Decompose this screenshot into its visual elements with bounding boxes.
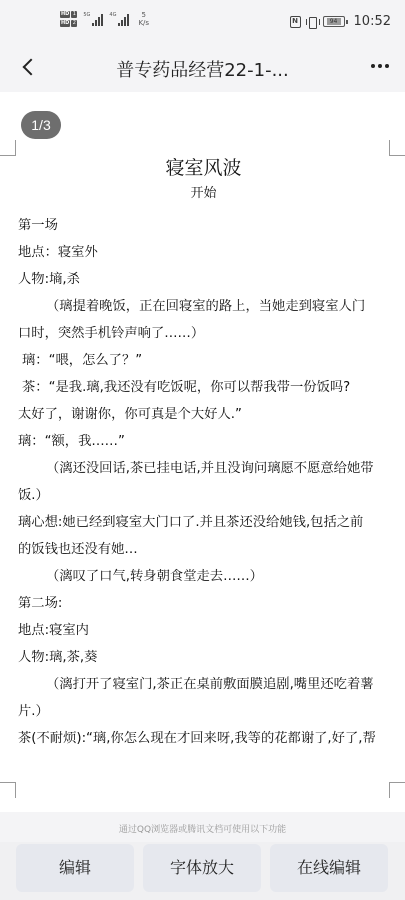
network-speed: 5 K/s <box>138 11 149 27</box>
status-left: HD 1 HD 2 5G 4G 5 K/s <box>60 11 149 27</box>
network-type-2: 4G <box>109 12 116 18</box>
edit-button[interactable]: 编辑 <box>16 844 134 892</box>
status-right: N 94 10:52 <box>290 14 391 29</box>
hd-icon: HD <box>60 20 70 27</box>
doc-line: （漓还没回话,茶已挂电话,并且没询问璃愿不愿意给她带 <box>18 455 389 482</box>
page-corner-mark <box>0 140 16 156</box>
more-dots-icon <box>371 64 375 68</box>
online-edit-button[interactable]: 在线编辑 <box>270 844 388 892</box>
doc-line: 地点:寝室内 <box>18 617 389 644</box>
nav-bar: 普专药品经营22-1-... <box>0 42 405 92</box>
hd-icon: HD <box>60 11 70 18</box>
doc-line: 人物:墒,杀 <box>18 266 389 293</box>
doc-heading: 寝室风波 <box>18 154 389 182</box>
sim-slot-2: 2 <box>71 20 77 27</box>
back-button[interactable] <box>18 55 42 79</box>
doc-line: 的饭钱也还没有她… <box>18 536 389 563</box>
doc-line: 饭.） <box>18 482 389 509</box>
signal-icon-1: 5G <box>83 12 103 26</box>
sim2-indicator: HD 2 <box>60 20 77 27</box>
doc-line: 第一场 <box>18 212 389 239</box>
enlarge-font-button[interactable]: 字体放大 <box>143 844 261 892</box>
page-corner-mark <box>389 140 405 156</box>
doc-line: 第二场: <box>18 590 389 617</box>
document-body: 寝室风波 开始 第一场 地点：寝室外 人物:墒,杀 （璃提着晚饭，正在回寝室的路… <box>18 154 389 752</box>
doc-line: 片.） <box>18 698 389 725</box>
battery-level: 94 <box>327 18 341 25</box>
doc-line: 口时，突然手机铃声响了……） <box>18 320 389 347</box>
network-type-1: 5G <box>83 12 90 18</box>
page-indicator: 1/3 <box>21 111 61 139</box>
page-corner-mark <box>0 782 16 798</box>
sim-slot-1: 1 <box>71 11 77 18</box>
battery-icon: 94 <box>323 16 345 27</box>
document-page[interactable]: 1/3 寝室风波 开始 第一场 地点：寝室外 人物:墒,杀 （璃提着晚饭，正在回… <box>0 92 405 812</box>
signal-icon-2: 4G <box>109 12 129 26</box>
bottom-toolbar: 编辑 字体放大 在线编辑 <box>0 842 405 900</box>
doc-line: 璃：“喂，怎么了？” <box>18 347 389 374</box>
doc-line: 地点：寝室外 <box>18 239 389 266</box>
doc-line: 璃心想:她已经到寝室大门口了.并且茶还没给她钱,包括之前 <box>18 509 389 536</box>
more-button[interactable] <box>371 64 389 68</box>
doc-line: 茶：“是我.璃,我还没有吃饭呢，你可以帮我带一份饭吗? <box>18 374 389 401</box>
doc-line: 太好了，谢谢你，你可真是个大好人.” <box>18 401 389 428</box>
doc-line: 璃：“额，我……” <box>18 428 389 455</box>
doc-line: （漓打开了寝室门,茶正在桌前敷面膜追剧,嘴里还吃着薯 <box>18 671 389 698</box>
clock: 10:52 <box>354 14 391 29</box>
page-corner-mark <box>389 782 405 798</box>
dot <box>385 64 389 68</box>
nfc-icon: N <box>290 16 301 28</box>
doc-line: （璃提着晚饭，正在回寝室的路上，当她走到寝室人门 <box>18 293 389 320</box>
doc-line: 茶(不耐烦):“璃,你怎么现在才回来呀,我等的花都谢了,好了,帮 <box>18 725 389 752</box>
doc-subheading: 开始 <box>18 182 389 206</box>
speed-unit: K/s <box>138 19 149 27</box>
vibrate-icon <box>306 16 318 28</box>
document-title: 普专药品经营22-1-... <box>60 56 345 82</box>
speed-value: 5 <box>138 11 149 19</box>
status-bar: HD 1 HD 2 5G 4G 5 K/s N 94 10:52 <box>0 0 405 42</box>
doc-line: 人物:璃,茶,葵 <box>18 644 389 671</box>
feature-hint: 通过QQ浏览器或腾讯文档可使用以下功能 <box>0 822 405 835</box>
sim1-indicator: HD 1 <box>60 11 77 18</box>
doc-line: （漓叹了口气,转身朝食堂走去……） <box>18 563 389 590</box>
dot <box>378 64 382 68</box>
